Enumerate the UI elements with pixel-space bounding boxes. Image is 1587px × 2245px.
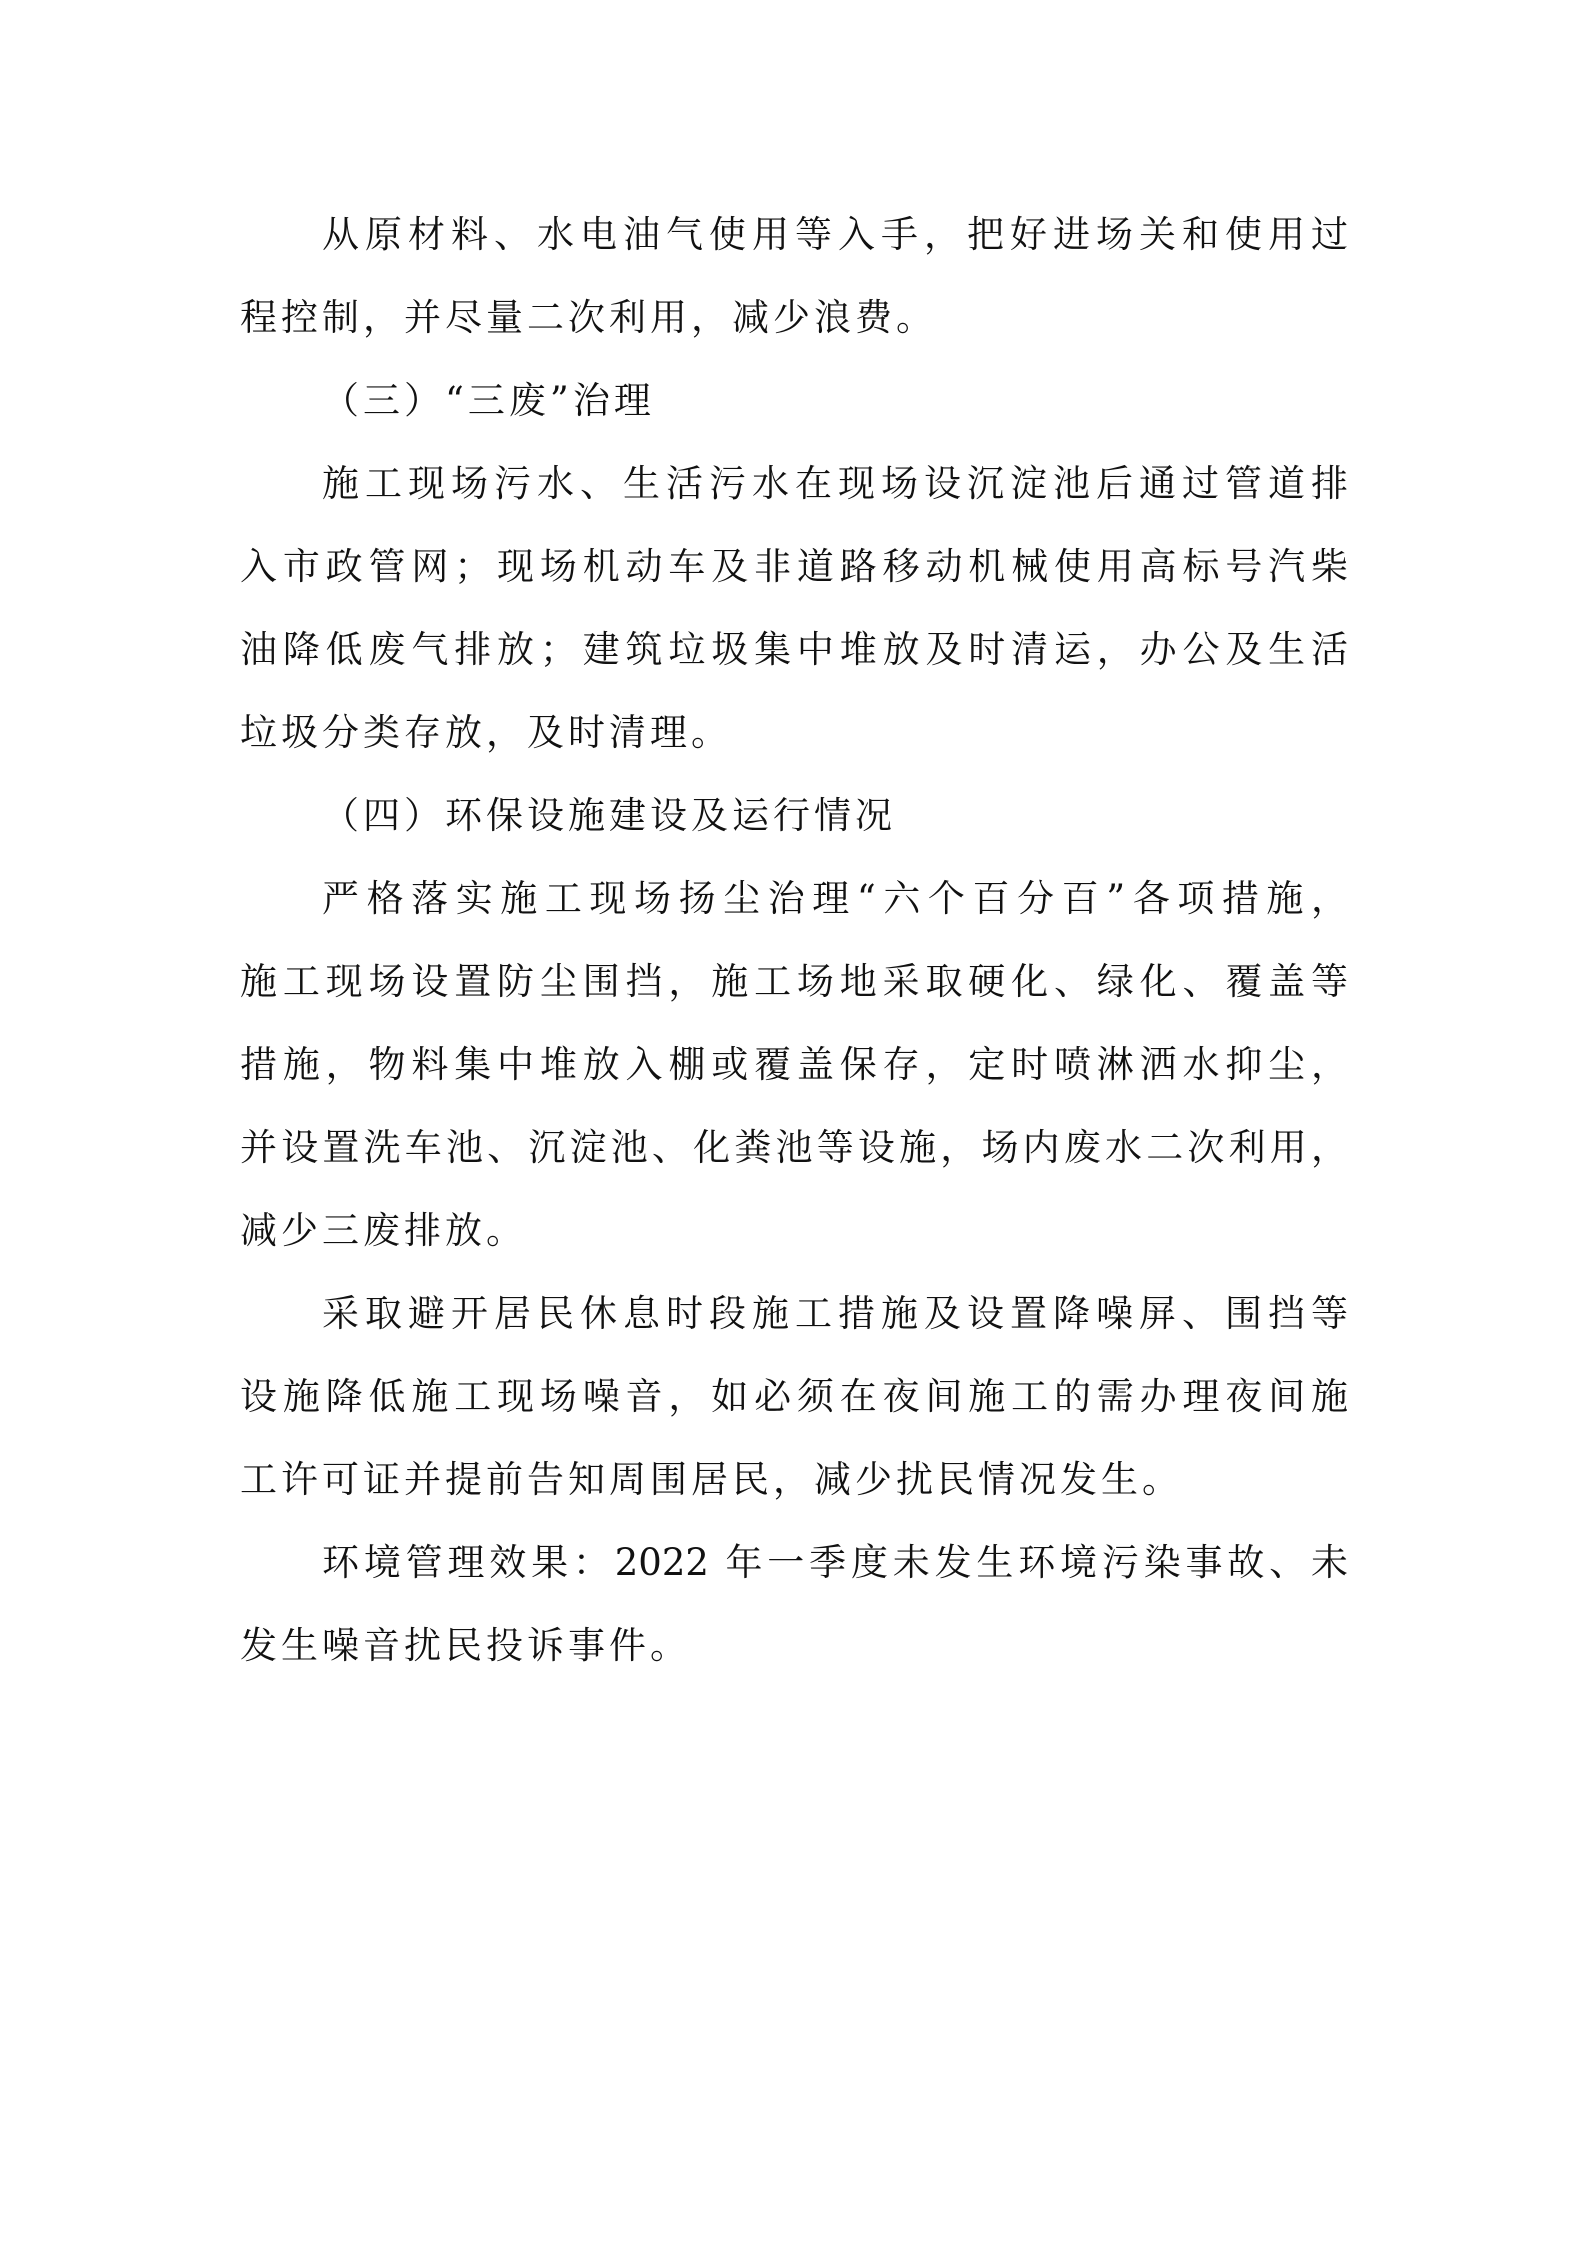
paragraph-line: 程控制，并尽量二次利用，减少浪费。: [240, 276, 1348, 359]
paragraph-line: 并设置洗车池、沉淀池、化粪池等设施，场内废水二次利用，: [240, 1106, 1348, 1189]
paragraph-line: 环境管理效果：2022 年一季度未发生环境污染事故、未: [240, 1521, 1348, 1604]
paragraph-line: 减少三废排放。: [240, 1189, 1348, 1272]
paragraph-line: 垃圾分类存放，及时清理。: [240, 691, 1348, 774]
paragraph-noise-control: 采取避开居民休息时段施工措施及设置降噪屏、围挡等 设施降低施工现场噪音，如必须在…: [240, 1272, 1348, 1521]
document-page: 从原材料、水电油气使用等入手，把好进场关和使用过 程控制，并尽量二次利用，减少浪…: [240, 193, 1348, 1687]
paragraph-line: 措施，物料集中堆放入棚或覆盖保存，定时喷淋洒水抑尘，: [240, 1023, 1348, 1106]
paragraph-material-control: 从原材料、水电油气使用等入手，把好进场关和使用过 程控制，并尽量二次利用，减少浪…: [240, 193, 1348, 359]
section-heading-three-wastes: （三）“三废”治理: [240, 359, 1348, 442]
paragraph-line: 发生噪音扰民投诉事件。: [240, 1604, 1348, 1687]
paragraph-three-wastes-treatment: 施工现场污水、生活污水在现场设沉淀池后通过管道排 入市政管网；现场机动车及非道路…: [240, 442, 1348, 774]
paragraph-line: 施工现场设置防尘围挡，施工场地采取硬化、绿化、覆盖等: [240, 940, 1348, 1023]
paragraph-line: 施工现场污水、生活污水在现场设沉淀池后通过管道排: [240, 442, 1348, 525]
paragraph-line: 工许可证并提前告知周围居民，减少扰民情况发生。: [240, 1438, 1348, 1521]
paragraph-line: 油降低废气排放；建筑垃圾集中堆放及时清运，办公及生活: [240, 608, 1348, 691]
paragraph-line: 严格落实施工现场扬尘治理“六个百分百”各项措施，: [240, 857, 1348, 940]
section-heading-environmental-facilities: （四）环保设施建设及运行情况: [240, 774, 1348, 857]
paragraph-line: 采取避开居民休息时段施工措施及设置降噪屏、围挡等: [240, 1272, 1348, 1355]
paragraph-line: 设施降低施工现场噪音，如必须在夜间施工的需办理夜间施: [240, 1355, 1348, 1438]
paragraph-dust-control: 严格落实施工现场扬尘治理“六个百分百”各项措施， 施工现场设置防尘围挡，施工场地…: [240, 857, 1348, 1272]
paragraph-management-result: 环境管理效果：2022 年一季度未发生环境污染事故、未 发生噪音扰民投诉事件。: [240, 1521, 1348, 1687]
paragraph-line: 入市政管网；现场机动车及非道路移动机械使用高标号汽柴: [240, 525, 1348, 608]
paragraph-line: 从原材料、水电油气使用等入手，把好进场关和使用过: [240, 193, 1348, 276]
